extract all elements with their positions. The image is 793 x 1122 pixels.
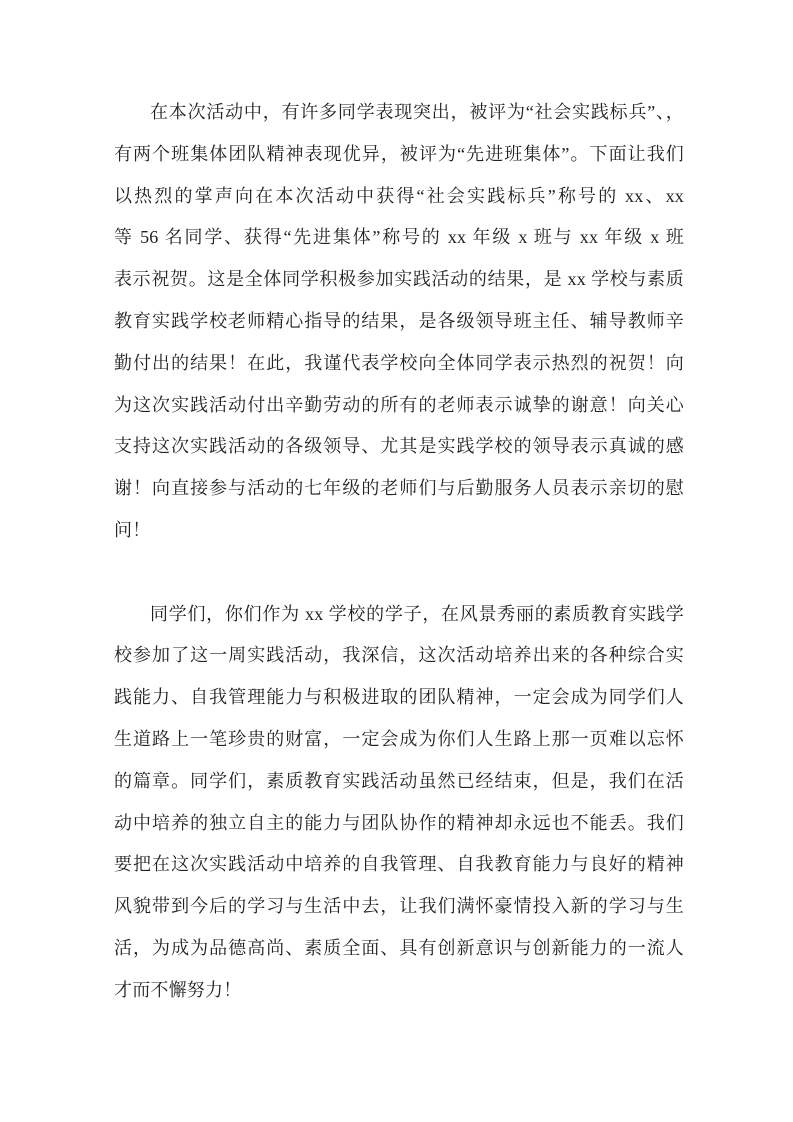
award-congratulations-paragraph: 在本次活动中，有许多同学表现突出，被评为“社会实践标兵”、，有两个班集体团队精神… [114, 92, 684, 552]
closing-encouragement-paragraph: 同学们，你们作为 xx 学校的学子，在风景秀丽的素质教育实践学校参加了这一周实践… [114, 594, 684, 1012]
text-line: 问！ [114, 510, 684, 552]
text-line: 以热烈的掌声向在本次活动中获得“社会实践标兵”称号的 xx、xx [114, 176, 684, 218]
text-line: 谢！向直接参与活动的七年级的老师们与后勤服务人员表示亲切的慰 [114, 468, 684, 510]
text-line: 践能力、自我管理能力与积极进取的团队精神，一定会成为同学们人 [114, 677, 684, 719]
document-page: 在本次活动中，有许多同学表现突出，被评为“社会实践标兵”、，有两个班集体团队精神… [0, 0, 793, 1122]
text-line: 动中培养的独立自主的能力与团队协作的精神却永远也不能丢。我们 [114, 803, 684, 845]
text-line: 等 56 名同学、获得“先进集体”称号的 xx 年级 x 班与 xx 年级 x … [114, 217, 684, 259]
text-line: 勤付出的结果！在此，我谨代表学校向全体同学表示热烈的祝贺！向 [114, 343, 684, 385]
text-line: 为这次实践活动付出辛勤劳动的所有的老师表示诚挚的谢意！向关心 [114, 385, 684, 427]
text-line: 校参加了这一周实践活动，我深信，这次活动培养出来的各种综合实 [114, 635, 684, 677]
text-line: 表示祝贺。这是全体同学积极参加实践活动的结果，是 xx 学校与素质 [114, 259, 684, 301]
text-line: 有两个班集体团队精神表现优异，被评为“先进班集体”。下面让我们 [114, 134, 684, 176]
text-line: 教育实践学校老师精心指导的结果，是各级领导班主任、辅导教师辛 [114, 301, 684, 343]
text-line: 支持这次实践活动的各级领导、尤其是实践学校的领导表示真诚的感 [114, 426, 684, 468]
text-line: 要把在这次实践活动中培养的自我管理、自我教育能力与良好的精神 [114, 844, 684, 886]
text-line: 才而不懈努力！ [114, 970, 684, 1012]
text-line: 在本次活动中，有许多同学表现突出，被评为“社会实践标兵”、， [114, 92, 684, 134]
document-body: 在本次活动中，有许多同学表现突出，被评为“社会实践标兵”、，有两个班集体团队精神… [114, 92, 684, 1012]
text-line: 同学们，你们作为 xx 学校的学子，在风景秀丽的素质教育实践学 [114, 594, 684, 636]
text-line: 生道路上一笔珍贵的财富，一定会成为你们人生路上那一页难以忘怀 [114, 719, 684, 761]
text-line: 活，为成为品德高尚、素质全面、具有创新意识与创新能力的一流人 [114, 928, 684, 970]
text-line: 的篇章。同学们，素质教育实践活动虽然已经结束，但是，我们在活 [114, 761, 684, 803]
text-line: 风貌带到今后的学习与生活中去，让我们满怀豪情投入新的学习与生 [114, 886, 684, 928]
